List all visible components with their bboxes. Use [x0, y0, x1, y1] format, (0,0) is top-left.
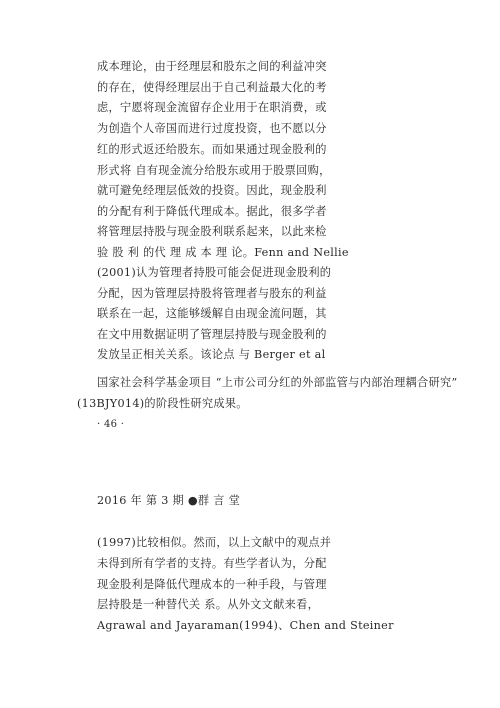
body-line: Agrawal and Jayaraman(1994)、Chen and Ste…: [97, 619, 394, 633]
body-line: 的存在，使得经理层出于自己利益最大化的考: [97, 81, 327, 95]
body-line: 红的形式返还给股东。而如果通过现金股利的: [97, 143, 327, 157]
body-line: 验 股 利 的代 理 成 本 理 论。Fenn and Nellie: [97, 246, 349, 260]
footnote-line: 国家社会科学基金项目 “上市公司分红的外部监管与内部治理耦合研究”: [97, 376, 458, 390]
body-line: 联系在一起，这能够缓解自由现金流问题，其: [97, 307, 327, 321]
body-line: (1997)比较相似。然而，以上文献中的观点并: [97, 536, 331, 550]
body-line: 的分配有利于降低代理成本。据此，很多学者: [97, 205, 327, 219]
body-line: 就可避免经理层低效的投资。因此，现金股利: [97, 184, 327, 198]
body-line: 层持股是一种替代关 系。从外文文献来看，: [97, 598, 319, 612]
body-line: 在文中用数据证明了管理层持股与现金股利的: [97, 328, 327, 342]
body-line: 形式将 自有现金流分给股东或用于股票回购，: [97, 164, 331, 178]
body-line: 发放呈正相关关系。该论点 与 Berger et al: [97, 348, 325, 362]
body-line: 成本理论，由于经理层和股东之间的利益冲突: [97, 60, 327, 74]
page-number: · 46 ·: [97, 418, 124, 432]
body-line: 为创造个人帝国而进行过度投资，也不愿以分: [97, 122, 327, 136]
body-line: 现金股利是降低代理成本的一种手段，与管理: [97, 578, 327, 592]
body-line: 将管理层持股与现金股利联系起来，以此来检: [97, 225, 327, 239]
body-line: (2001)认为管理者持股可能会促进现金股利的: [97, 266, 331, 280]
body-line: 分配，因为管理层持股将管理者与股东的利益: [97, 287, 327, 301]
running-header: 2016 年 第 3 期 ●群 言 堂: [97, 494, 240, 508]
footnote-line: (13BJY014)的阶段性研究成果。: [77, 397, 248, 411]
body-line: 虑，宁愿将现金流留存企业用于在职消费，或: [97, 101, 327, 115]
body-line: 未得到所有学者的支持。有些学者认为，分配: [97, 557, 327, 571]
